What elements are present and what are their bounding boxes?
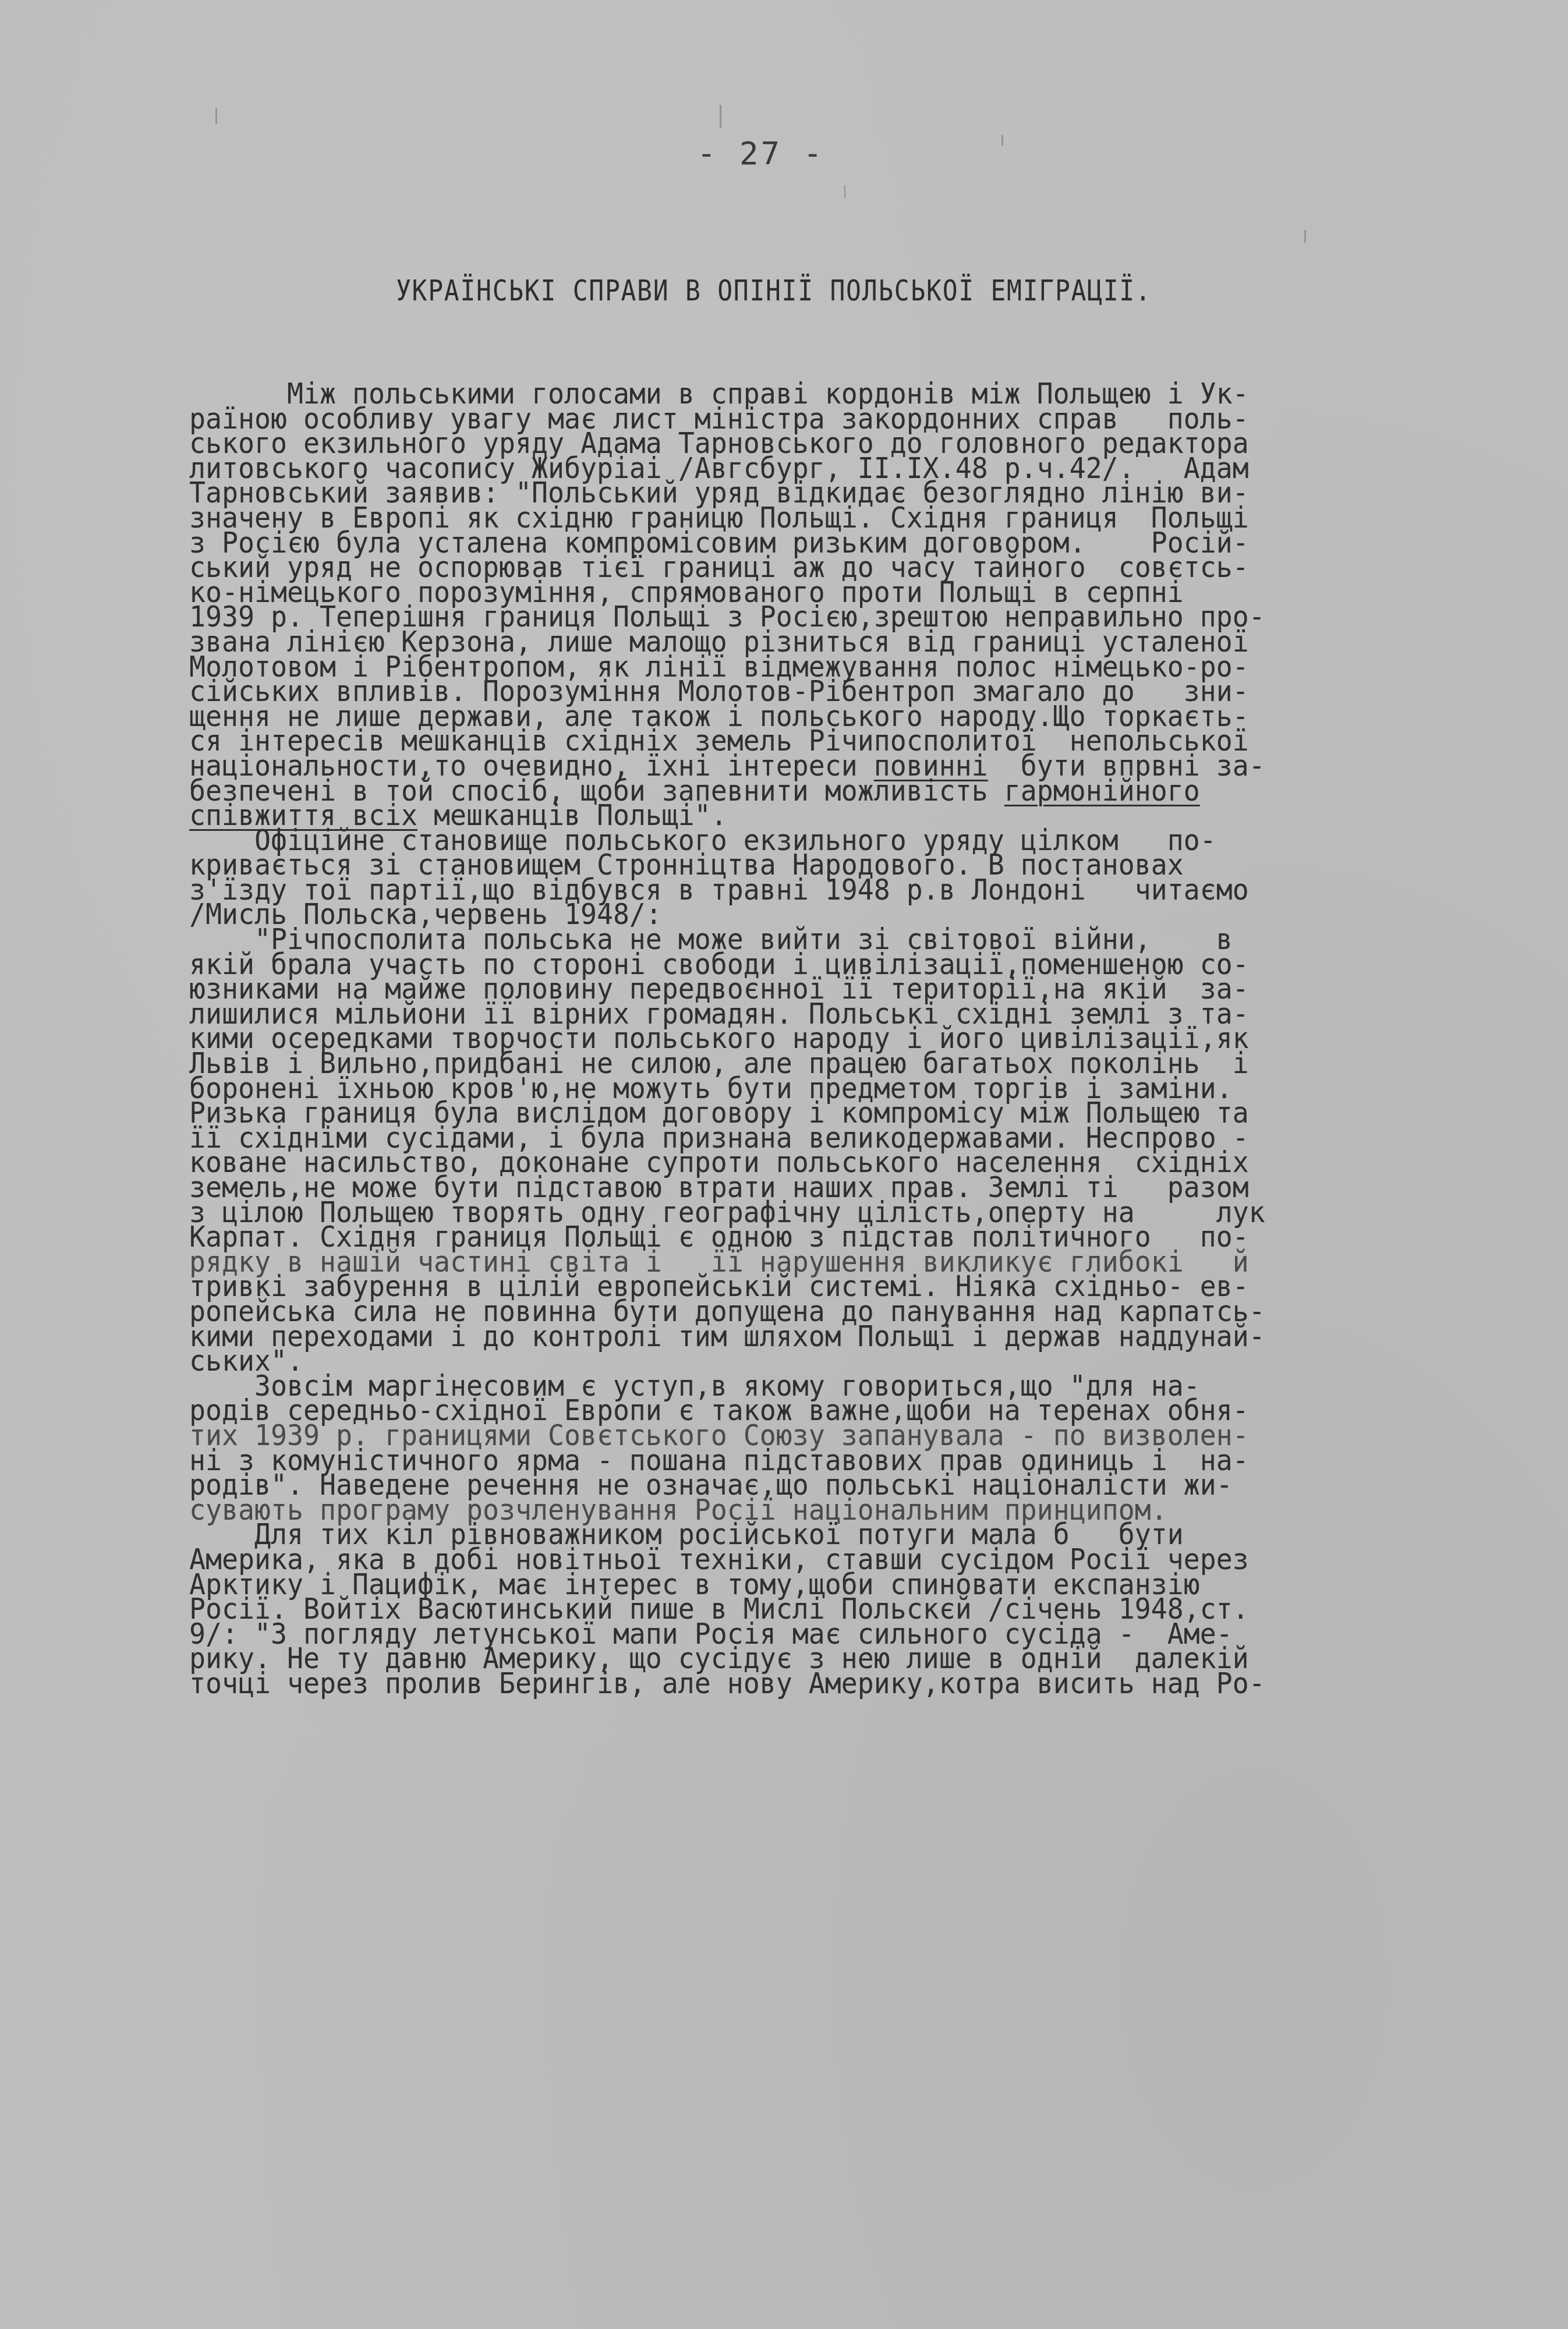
paper-speck bbox=[215, 108, 217, 124]
text-line: кими переходами і до контролі тим шляхом… bbox=[189, 1324, 1429, 1349]
paper-speck bbox=[1001, 135, 1003, 146]
document-title: УКРАЇНСЬКІ СПРАВИ В ОПІНІЇ ПОЛЬСЬКОЇ ЕМІ… bbox=[396, 274, 1152, 307]
paper-speck bbox=[720, 105, 721, 128]
typewritten-page: - 27 - УКРАЇНСЬКІ СПРАВИ В ОПІНІЇ ПОЛЬСЬ… bbox=[0, 0, 1568, 2329]
body-text: Між польськими голосами в справі кордоні… bbox=[189, 381, 1523, 1696]
paper-speck bbox=[1304, 230, 1306, 243]
underlined-word: гармонійного bbox=[1004, 774, 1200, 808]
paper-speck bbox=[844, 185, 845, 198]
page-number: - 27 - bbox=[0, 135, 1545, 172]
text-line: точці через пролив Берингів, але нову Ам… bbox=[189, 1671, 1429, 1696]
